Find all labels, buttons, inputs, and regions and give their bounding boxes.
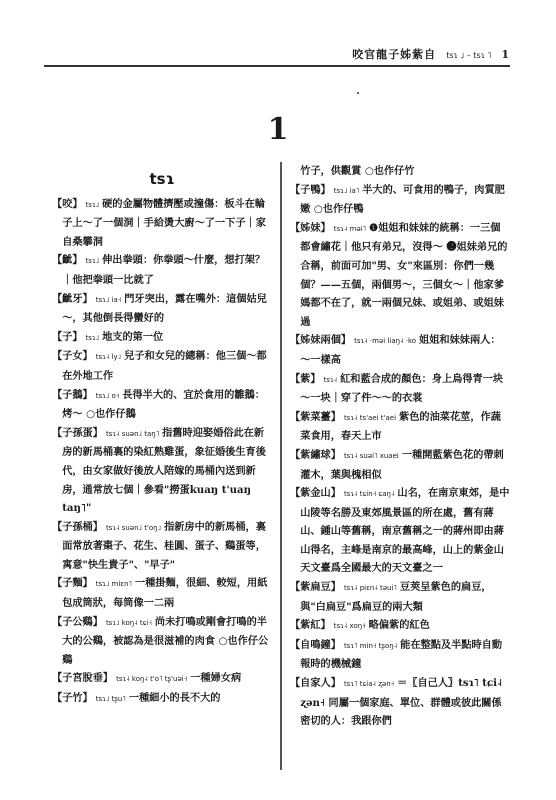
- entry-phonetic: tsɿ˥ tɕia˨ ʐən˧: [344, 680, 394, 688]
- dictionary-entry: 【子公鷄】tsɿ˩ koŋ˨ tɕi˧尚未打鳴或剛會打鳴的半大的公鷄，被認為是很…: [52, 613, 272, 670]
- entry-headword: 【子麵】: [52, 577, 93, 589]
- dictionary-entry: 【紫菜薹】tsɿ˨ ts'aei t'aei紫色的油菜花莖，作蔬菜食用，春天上市: [290, 408, 510, 446]
- entry-headword: 【齜牙】: [52, 293, 93, 305]
- entry-phonetic: tsɿ˩ koŋ˨ tɕi˧: [106, 619, 152, 627]
- entry-headword: 【紫繡球】: [290, 449, 341, 461]
- section-heading: tsɿ: [52, 170, 272, 189]
- entry-headword: 【子】: [52, 331, 83, 343]
- entry-headword: 【咬】: [52, 198, 83, 210]
- dictionary-entry: 【子宮脫垂】tsɿ˨ koŋ˨ t'o˥ tʂ'uəi˧一種婦女病: [52, 669, 272, 689]
- left-column: tsɿ 【咬】tsɿ˩硬的金屬物體擠壓或撞傷：板斗在輪子上～了一個洞｜手給燙大廚…: [52, 162, 280, 770]
- entry-headword: 【子公鷄】: [52, 616, 103, 628]
- entry-phonetic: tsɿ˩ ia˥: [334, 187, 359, 195]
- entry-phonetic: tsɿ˨ suən˩ taŋ˥: [106, 430, 159, 438]
- entry-headword: 【子鵝】: [52, 389, 93, 401]
- dictionary-entry: 【子竹】tsɿ˩ tʂu˥一種細小的長不大的: [52, 689, 272, 709]
- entry-headword: 【紫紅】: [290, 619, 331, 631]
- entry-phonetic: tsɿ˩: [86, 201, 100, 209]
- entry-headword: 【子宮脫垂】: [52, 672, 113, 684]
- dictionary-entry: 【紫扁豆】tsɿ˨ piɛn˨ təui˥豆莢呈紫色的扁豆，與"白扁豆"爲扁豆的…: [290, 578, 510, 616]
- entry-phonetic: tsɿ˨ koŋ˨ t'o˥ tʂ'uəi˧: [116, 675, 187, 683]
- running-header-text: 咬官龍子姊紫自 tsɿ ˩ – tsɿ ˥ 1: [352, 46, 510, 62]
- entry-phonetic: tsɿ˨ tɕin˧ ɕaŋ˨: [344, 490, 394, 498]
- header-range: tsɿ ˩ – tsɿ ˥: [446, 51, 491, 60]
- entry-headword: 【紫菜薹】: [290, 411, 341, 423]
- entry-definition: 略偏紫的紅色: [369, 619, 430, 631]
- entry-phonetic: tsɿ˨ piɛn˨ təui˥: [344, 584, 397, 592]
- dictionary-entry: 【子女】tsɿ˨ ly˩兒子和女兒的總稱：他三個～都在外地工作: [52, 347, 272, 385]
- entry-phonetic: tsɿ˩ miɛn˥: [96, 580, 132, 588]
- entry-definition: 山名，在南京東郊，是中山陵等名勝及東郊風景區的所在處，舊有蔣山、鍾山等舊稱，南京…: [300, 487, 509, 574]
- entry-headword: 【紫金山】: [290, 487, 341, 499]
- entry-definition: 一種細小的長不大的: [129, 692, 221, 704]
- dictionary-entry: 【子鴨】tsɿ˩ ia˥半大的、可食用的鴨子，肉質肥嫩 ○也作仔鴨: [290, 181, 510, 219]
- entry-headword: 【齜】: [52, 254, 83, 266]
- entry-headword: 【子孫桶】: [52, 521, 103, 533]
- dictionary-entry: 【自鳴鐘】tsɿ˥ min˧ tʂoŋ˨能在整點及半點時自動報時的機械鐘: [290, 636, 510, 674]
- dictionary-entry: 【姊妹】tsɿ˨ məi˥❶姐姐和妹妹的統稱：一三個都會繡花｜他只有弟兄，沒得～…: [290, 219, 510, 332]
- entry-phonetic: tsɿ˩: [86, 257, 100, 265]
- entry-definition: ❶姐姐和妹妹的統稱：一三個都會繡花｜他只有弟兄，沒得～ ❷姐妹弟兄的合稱，前面可…: [300, 222, 507, 328]
- dictionary-entry: 【自家人】tsɿ˥ tɕia˨ ʐən˧＝〖自己人〗tsɿ˥ tɕi˨ ʐən˧…: [290, 674, 510, 731]
- entry-headword: 【自家人】: [290, 677, 341, 689]
- left-entries: 【咬】tsɿ˩硬的金屬物體擠壓或撞傷：板斗在輪子上～了一個洞｜手給燙大廚～了一下…: [52, 195, 272, 709]
- entry-headword: 【子孫蛋】: [52, 427, 103, 439]
- header-page-number: 1: [501, 48, 510, 61]
- dictionary-entry: 【咬】tsɿ˩硬的金屬物體擠壓或撞傷：板斗在輪子上～了一個洞｜手給燙大廚～了一下…: [52, 195, 272, 252]
- right-column: 竹子，供觀賞 ○也作仔竹【子鴨】tsɿ˩ ia˥半大的、可食用的鴨子，肉質肥嫩 …: [280, 162, 510, 770]
- dictionary-entry: 【子】tsɿ˩地支的第一位: [52, 328, 272, 348]
- entry-phonetic: tsɿ˨ ts'aei t'aei: [344, 414, 396, 422]
- running-header: 咬官龍子姊紫自 tsɿ ˩ – tsɿ ˥ 1: [44, 43, 510, 67]
- header-title: 咬官龍子姊紫自: [352, 46, 436, 62]
- entry-phonetic: tsɿ˩ tʂu˥: [96, 695, 126, 703]
- entry-headword: 【紫扁豆】: [290, 581, 341, 593]
- entry-phonetic: tsɿ˨ suəi˥ xuaei: [344, 452, 399, 460]
- dictionary-entry: 【紫金山】tsɿ˨ tɕin˧ ɕaŋ˨山名，在南京東郊，是中山陵等名勝及東郊風…: [290, 484, 510, 578]
- dictionary-entry: 【子麵】tsɿ˩ miɛn˥一種掛麵，很細、較短，用紙包成筒狀，每筒像一二兩: [52, 574, 272, 612]
- entry-phonetic: tsɿ˨ xoŋ˧: [334, 622, 366, 630]
- entry-phonetic: tsɿ˨ ·məi liaŋ˨ ·ko: [354, 337, 416, 345]
- entry-phonetic: tsɿ˩ ia˧: [96, 296, 121, 304]
- entry-headword: 【姊妹】: [290, 222, 331, 234]
- entry-phonetic: tsɿ˨: [324, 376, 338, 384]
- dictionary-entry: 【齜牙】tsɿ˩ ia˧門牙突出，露在嘴外：這個姑兒～，其他倒長得蠻好的: [52, 290, 272, 328]
- dictionary-entry: 【齜】tsɿ˩伸出拳頭：你拳頭～什麼，想打架？｜他把拳頭一比就了: [52, 251, 272, 289]
- entry-phonetic: tsɿ˩ o˧: [96, 392, 120, 400]
- entry-phonetic: tsɿ˨ məi˥: [334, 225, 366, 233]
- entry-continuation: 竹子，供觀賞 ○也作仔竹: [290, 162, 510, 181]
- entry-phonetic: tsɿ˨ suən˩ t'oŋ˩: [106, 524, 161, 532]
- section-number: 1: [0, 112, 556, 147]
- entry-phonetic: tsɿ˥ min˧ tʂoŋ˨: [344, 642, 397, 650]
- entry-definition: 地支的第一位: [102, 331, 163, 343]
- dictionary-entry: 【紫】tsɿ˨紅和藍合成的顏色：身上烏得青一块～一块｜穿了件～～的衣裳: [290, 370, 510, 408]
- entry-headword: 【自鳴鐘】: [290, 639, 341, 651]
- entry-headword: 【姊妹兩個】: [290, 334, 351, 346]
- entry-definition: 一種婦女病: [190, 672, 241, 684]
- dictionary-entry: 【子孫蛋】tsɿ˨ suən˩ taŋ˥指舊時迎娶婚俗此在新房的新馬桶裏的染紅熟…: [52, 424, 272, 518]
- entry-definition: 指舊時迎娶婚俗此在新房的新馬桶裏的染紅熟雞蛋，象征婚後生育後代，由女家做好後放人…: [62, 427, 266, 514]
- dictionary-entry: 【紫繡球】tsɿ˨ suəi˥ xuaei一種開藍紫色花的帶刺灌木，葉與槐相似: [290, 446, 510, 484]
- dictionary-entry: 【子孫桶】tsɿ˨ suən˩ t'oŋ˩指新房中的新馬桶，裏面常放著棗子、花生…: [52, 518, 272, 575]
- dictionary-entry: 【姊妹兩個】tsɿ˨ ·məi liaŋ˨ ·ko姐姐和妹妹兩人：～一樣高: [290, 331, 510, 369]
- entry-headword: 【子女】: [52, 350, 93, 362]
- right-entries: 竹子，供觀賞 ○也作仔竹【子鴨】tsɿ˩ ia˥半大的、可食用的鴨子，肉質肥嫩 …: [290, 162, 510, 731]
- dictionary-body: tsɿ 【咬】tsɿ˩硬的金屬物體擠壓或撞傷：板斗在輪子上～了一個洞｜手給燙大廚…: [52, 162, 510, 770]
- entry-headword: 【子鴨】: [290, 184, 331, 196]
- entry-phonetic: tsɿ˩: [86, 334, 100, 342]
- dictionary-entry: 【紫紅】tsɿ˨ xoŋ˧略偏紫的紅色: [290, 616, 510, 636]
- entry-phonetic: tsɿ˨ ly˩: [96, 353, 121, 361]
- print-speck: [357, 92, 359, 94]
- entry-headword: 【子竹】: [52, 692, 93, 704]
- entry-headword: 【紫】: [290, 373, 321, 385]
- dictionary-entry: 【子鵝】tsɿ˩ o˧長得半大的、宜於食用的雛鵝：烤～ ○也作仔鵝: [52, 386, 272, 424]
